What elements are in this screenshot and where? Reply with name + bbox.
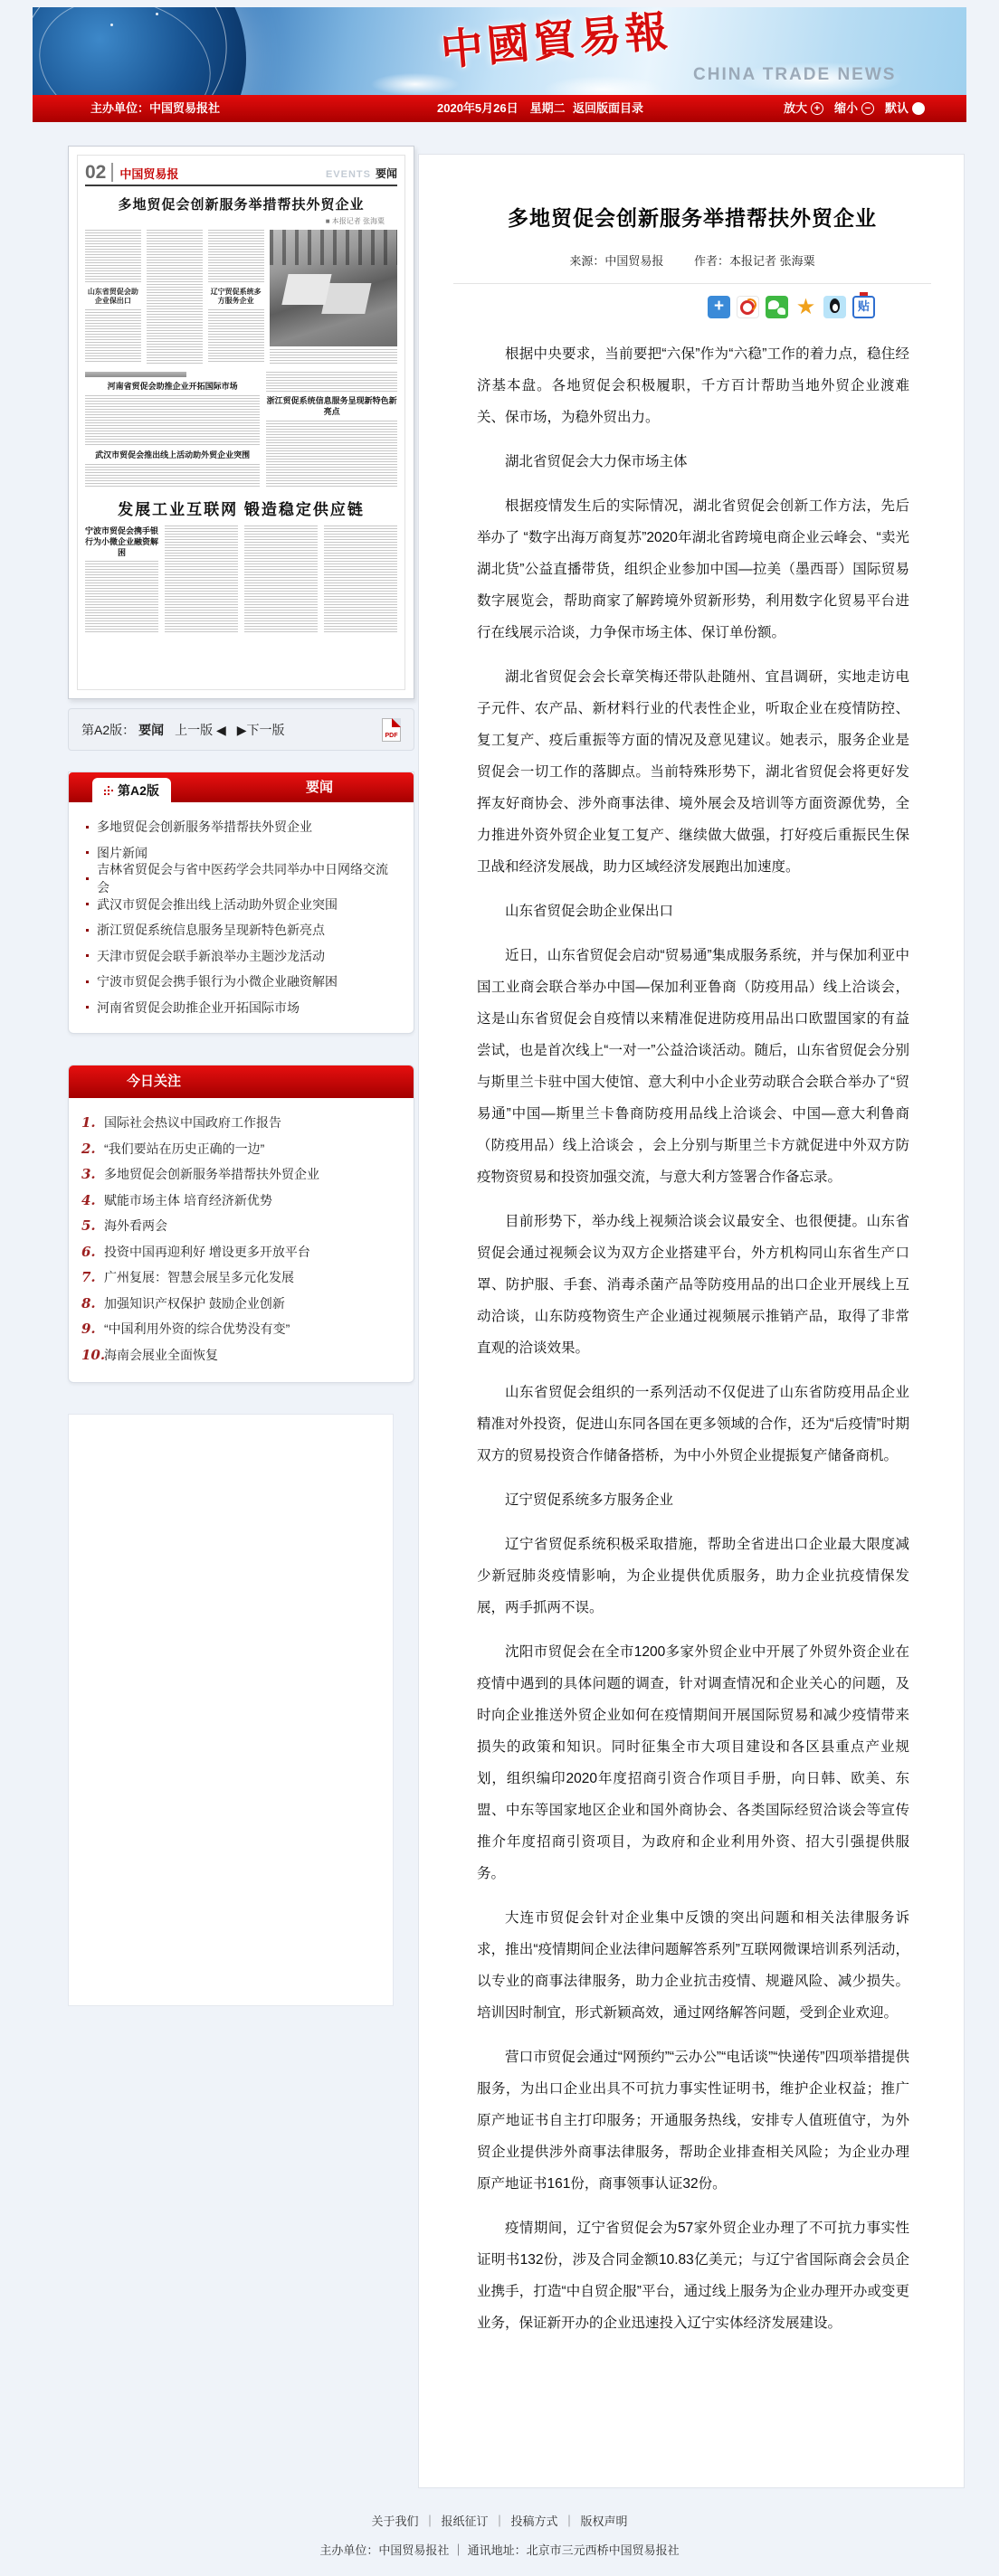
newspaper-page-preview: 02 中国贸易报 EVENTS要闻 多地贸促会创新服务举措帮扶外贸企业 ■ 本报… xyxy=(77,155,405,690)
organizer-label: 主办单位：中国贸易报社 xyxy=(90,95,220,122)
date-label: 2020年5月26日 星期二 xyxy=(437,95,566,122)
article-paragraph: 根据中央要求，当前要把“六保”作为“六稳”工作的着力点，稳住经济基本盘。各地贸促… xyxy=(477,338,909,433)
section-articles-box: 第A2版 要闻 多地贸促会创新服务举措帮扶外贸企业图片新闻吉林省贸促会与省中医药… xyxy=(68,772,414,1034)
focus-article-label: 赋能市场主体 培育经济新优势 xyxy=(104,1191,272,1209)
thumbnail-subhead-shandong: 山东省贸促会助企业保出口 xyxy=(85,288,141,307)
footer-link[interactable]: 报纸征订 xyxy=(441,2514,488,2528)
zoom-in-button[interactable]: 放大 xyxy=(784,95,823,122)
focus-article-link[interactable]: 1.国际社会热议中国政府工作报告 xyxy=(81,1110,401,1136)
bullet-icon xyxy=(86,826,89,829)
sidebar: 02 中国贸易报 EVENTS要闻 多地贸促会创新服务举措帮扶外贸企业 ■ 本报… xyxy=(68,122,414,2006)
section-article-link[interactable]: 宁波市贸促会携手银行为小微企业融资解困 xyxy=(83,969,399,995)
today-focus-title: 今日关注 xyxy=(69,1065,414,1098)
thumbnail-subhead-liaoning: 辽宁贸促系统多方服务企业 xyxy=(208,288,264,307)
section-article-label: 天津市贸促会联手新浪举办主题沙龙活动 xyxy=(97,947,325,965)
section-article-label: 武汉市贸促会推出线上活动助外贸企业突围 xyxy=(97,895,338,914)
tab-page-a2[interactable]: 第A2版 xyxy=(92,778,171,802)
article-subheading: 湖北省贸促会大力保市场主体 xyxy=(477,446,909,478)
text-zoom-controls: 放大 缩小 默认 xyxy=(784,95,925,122)
wechat-icon[interactable] xyxy=(766,296,788,318)
footer-link[interactable]: 投稿方式 xyxy=(511,2514,558,2528)
page: 中國貿易報 CHINA TRADE NEWS 主办单位：中国贸易报社 2020年… xyxy=(33,0,966,2576)
article-author: 作者：本报记者 张海粟 xyxy=(694,254,815,268)
separator: ｜ xyxy=(564,2514,576,2528)
today-focus-box: 今日关注 1.国际社会热议中国政府工作报告2.“我们要站在历史正确的一边”3.多… xyxy=(68,1065,414,1383)
section-article-label: 图片新闻 xyxy=(97,844,147,862)
focus-article-link[interactable]: 7.广州复展：智慧会展呈多元化发展 xyxy=(81,1264,401,1291)
back-to-layout-index-link[interactable]: 返回版面目录 xyxy=(573,95,643,122)
section-article-label: 浙江贸促系统信息服务呈现新特色新亮点 xyxy=(97,921,325,939)
section-box-title: 要闻 xyxy=(306,772,333,802)
section-article-link[interactable]: 河南省贸促会助推企业开拓国际市场 xyxy=(83,995,399,1021)
section-article-label: 河南省贸促会助推企业开拓国际市场 xyxy=(97,999,300,1017)
thumbnail-subhead-wuhan: 武汉市贸促会推出线上活动助外贸企业突围 xyxy=(85,450,260,460)
focus-article-link[interactable]: 3.多地贸促会创新服务举措帮扶外贸企业 xyxy=(81,1161,401,1188)
focus-article-link[interactable]: 8.加强知识产权保护 鼓励企业创新 xyxy=(81,1291,401,1317)
section-article-list: 多地贸促会创新服务举措帮扶外贸企业图片新闻吉林省贸促会与省中医药学会共同举办中日… xyxy=(69,802,414,1033)
site-logo-english: CHINA TRADE NEWS xyxy=(693,65,896,85)
article-paragraph: 辽宁省贸促系统积极采取措施，帮助全省进出口企业最大限度减少新冠肺炎疫情影响，为企… xyxy=(477,1529,909,1624)
minus-circle-icon xyxy=(861,102,874,115)
qq-penguin-icon[interactable] xyxy=(823,296,846,318)
article-paragraph: 沈阳市贸促会在全市1200多家外贸企业中开展了外贸外资企业在疫情中遇到的具体问题… xyxy=(477,1636,909,1889)
bullet-icon xyxy=(86,877,89,880)
focus-rank-number: 6. xyxy=(81,1244,104,1260)
article-subheading: 山东省贸促会助企业保出口 xyxy=(477,895,909,927)
focus-rank-number: 2. xyxy=(81,1141,104,1157)
plus-circle-icon xyxy=(811,102,823,115)
photo-caption-lines xyxy=(270,349,397,364)
focus-article-link[interactable]: 4.赋能市场主体 培育经济新优势 xyxy=(81,1188,401,1214)
qzone-star-icon[interactable] xyxy=(794,296,817,318)
article-title: 多地贸促会创新服务举措帮扶外贸企业 xyxy=(453,202,931,232)
footer: 关于我们｜报纸征订｜投稿方式｜版权声明 主办单位：中国贸易报社 ｜ 通讯地址：北… xyxy=(33,2512,966,2576)
section-article-link[interactable]: 天津市贸促会联手新浪举办主题沙龙活动 xyxy=(83,943,399,970)
article-paragraph: 疫情期间，辽宁省贸促会为57家外贸企业办理了不可抗力事实性证明书132份，涉及合… xyxy=(477,2212,909,2339)
footer-links: 关于我们｜报纸征订｜投稿方式｜版权声明 xyxy=(33,2512,966,2529)
focus-rank-number: 1. xyxy=(81,1114,104,1131)
section-label-en: EVENTS xyxy=(326,169,371,180)
focus-article-link[interactable]: 9.“中国利用外资的综合优势没有变” xyxy=(81,1316,401,1342)
factory-photo xyxy=(270,230,397,346)
newspaper-page-thumbnail[interactable]: 02 中国贸易报 EVENTS要闻 多地贸促会创新服务举措帮扶外贸企业 ■ 本报… xyxy=(68,146,414,699)
thumbnail-headline: 多地贸促会创新服务举措帮扶外贸企业 xyxy=(85,194,397,213)
focus-rank-number: 8. xyxy=(81,1295,104,1312)
focus-article-link[interactable]: 10.海南会展业全面恢复 xyxy=(81,1342,401,1368)
thumbnail-big-headline: 发展工业互联网 锻造稳定供应链 xyxy=(85,497,397,519)
focus-rank-number: 4. xyxy=(81,1192,104,1208)
tab-page-a2-label: 第A2版 xyxy=(118,781,159,800)
article-byline: 来源：中国贸易报 作者：本报记者 张海粟 xyxy=(453,251,931,284)
focus-article-link[interactable]: 2.“我们要站在历史正确的一边” xyxy=(81,1136,401,1162)
bullet-icon xyxy=(86,954,89,957)
focus-rank-number: 5. xyxy=(81,1217,104,1234)
focus-article-label: 广州复展：智慧会展呈多元化发展 xyxy=(104,1268,294,1286)
focus-rank-number: 3. xyxy=(81,1166,104,1182)
section-label-cn: 要闻 xyxy=(376,167,397,180)
zoom-reset-label: 默认 xyxy=(885,95,909,122)
thumbnail-middle-row: 河南省贸促会助推企业开拓国际市场 武汉市贸促会推出线上活动助外贸企业突围 浙江贸… xyxy=(85,372,397,488)
next-page-link[interactable]: ▶下一版 xyxy=(237,721,285,739)
article-subheading: 辽宁贸促系统多方服务企业 xyxy=(477,1484,909,1516)
section-article-link[interactable]: 吉林省贸促会与省中医药学会共同举办中日网络交流会 xyxy=(83,866,399,892)
article-body: 根据中央要求，当前要把“六保”作为“六稳”工作的着力点，稳住经济基本盘。各地贸促… xyxy=(453,320,931,2339)
focus-rank-number: 7. xyxy=(81,1269,104,1285)
newspaper-masthead-row: 02 中国贸易报 EVENTS要闻 xyxy=(85,163,397,186)
article-paragraph: 目前形势下，举办线上视频洽谈会议最安全、也很便捷。山东省贸促会通过视频会议为双方… xyxy=(477,1206,909,1364)
top-red-bar: 主办单位：中国贸易报社 2020年5月26日 星期二 返回版面目录 放大 缩小 … xyxy=(33,95,966,122)
baidu-tieba-icon[interactable] xyxy=(852,296,875,318)
focus-rank-number: 10. xyxy=(81,1347,104,1363)
masthead-banner: 中國貿易報 CHINA TRADE NEWS xyxy=(33,7,966,95)
focus-article-label: 投资中国再迎利好 增设更多开放平台 xyxy=(104,1243,310,1261)
bullet-icon xyxy=(86,1006,89,1009)
article-paragraph: 山东省贸促会组织的一系列活动不仅促进了山东省防疫用品企业精准对外投资，促进山东同… xyxy=(477,1377,909,1472)
article-paragraph: 营口市贸促会通过“网预约”“云办公”“电话谈”“快递传”四项举措提供服务，为出口… xyxy=(477,2041,909,2200)
section-article-label: 多地贸促会创新服务举措帮扶外贸企业 xyxy=(97,818,312,836)
sina-weibo-icon[interactable] xyxy=(737,296,759,318)
zoom-out-label: 缩小 xyxy=(834,95,858,122)
share-toolbar xyxy=(453,284,931,320)
thumbnail-subhead-henan: 河南省贸促会助推企业开拓国际市场 xyxy=(85,381,260,392)
article-source: 来源：中国贸易报 xyxy=(569,254,663,268)
focus-article-label: 海外看两会 xyxy=(104,1217,167,1235)
bullet-icon xyxy=(86,980,89,983)
footer-link[interactable]: 关于我们 xyxy=(371,2514,418,2528)
thumbnail-bottom-row: 宁波市贸促会携手银行为小微企业融资解困 xyxy=(85,526,397,632)
column-tag-graphic xyxy=(85,372,186,377)
zoom-in-label: 放大 xyxy=(784,95,807,122)
article-paragraph: 根据疫情发生后的实际情况，湖北省贸促会创新工作方法，先后举办了 “数字出海万商复… xyxy=(477,490,909,649)
bullet-icon xyxy=(86,929,89,932)
thumbnail-subhead-ningbo: 宁波市贸促会携手银行为小微企业融资解困 xyxy=(85,526,158,558)
thumbnail-text-columns: 山东省贸促会助企业保出口 辽宁贸促系统多方服务企业 xyxy=(85,230,397,364)
current-page-label: 第A2版： xyxy=(81,721,135,739)
globe-network-graphic xyxy=(33,7,246,95)
separator: ｜ xyxy=(423,2514,435,2528)
main-column: 多地贸促会创新服务举措帮扶外贸企业 来源：中国贸易报 作者：本报记者 张海粟 根… xyxy=(418,122,965,2488)
focus-article-label: 国际社会热议中国政府工作报告 xyxy=(104,1113,281,1132)
current-section-label: 要闻 xyxy=(138,721,164,739)
article-paragraph: 近日，山东省贸促会启动“贸易通”集成服务系统，并与保加利亚中国工业商会联合举办中… xyxy=(477,940,909,1193)
section-label: EVENTS要闻 xyxy=(326,166,397,182)
focus-article-link[interactable]: 6.投资中国再迎利好 增设更多开放平台 xyxy=(81,1239,401,1265)
article-panel: 多地贸促会创新服务举措帮扶外贸企业 来源：中国贸易报 作者：本报记者 张海粟 根… xyxy=(418,154,965,2488)
default-circle-icon xyxy=(912,102,925,115)
pdf-icon[interactable] xyxy=(382,718,401,742)
page-number: 02 xyxy=(85,163,113,182)
page-navigation-bar: 第A2版：要闻 上一版 ◀ ▶下一版 xyxy=(68,708,414,751)
footer-info: 主办单位：中国贸易报社 ｜ 通讯地址：北京市三元西桥中国贸易报社 xyxy=(33,2541,966,2558)
bullet-icon xyxy=(86,903,89,905)
section-article-label: 宁波市贸促会携手银行为小微企业融资解困 xyxy=(97,972,338,990)
focus-article-label: 多地贸促会创新服务举措帮扶外贸企业 xyxy=(104,1165,319,1183)
article-paragraph: 湖北省贸促会会长章笑梅还带队赴随州、宜昌调研，实地走访电子元件、农产品、新材料行… xyxy=(477,661,909,883)
left-panel-spacer xyxy=(68,1414,394,2006)
zoom-reset-button[interactable]: 默认 xyxy=(885,95,925,122)
share-plus-icon[interactable] xyxy=(708,296,730,318)
section-article-link[interactable]: 浙江贸促系统信息服务呈现新特色新亮点 xyxy=(83,917,399,943)
today-focus-list: 1.国际社会热议中国政府工作报告2.“我们要站在历史正确的一边”3.多地贸促会创… xyxy=(69,1098,414,1382)
focus-article-link[interactable]: 5.海外看两会 xyxy=(81,1213,401,1239)
bullet-icon xyxy=(86,851,89,854)
newspaper-logo: 中国贸易报 xyxy=(119,165,319,182)
prev-page-link[interactable]: 上一版 ◀ xyxy=(175,721,226,739)
thumbnail-byline: ■ 本报记者 张海粟 xyxy=(85,216,385,226)
focus-article-label: 加强知识产权保护 鼓励企业创新 xyxy=(104,1294,285,1312)
separator: ｜ xyxy=(493,2514,505,2528)
thumbnail-subhead-zhejiang: 浙江贸促系统信息服务呈现新特色新亮点 xyxy=(266,395,397,417)
dots-icon xyxy=(104,790,106,791)
focus-article-label: 海南会展业全面恢复 xyxy=(104,1346,218,1364)
section-article-label: 吉林省贸促会与省中医药学会共同举办中日网络交流会 xyxy=(97,860,399,896)
section-article-link[interactable]: 多地贸促会创新服务举措帮扶外贸企业 xyxy=(83,814,399,840)
section-box-header: 第A2版 要闻 xyxy=(69,772,414,802)
focus-rank-number: 9. xyxy=(81,1321,104,1337)
zoom-out-button[interactable]: 缩小 xyxy=(834,95,874,122)
article-paragraph: 大连市贸促会针对企业集中反馈的突出问题和相关法律服务诉求，推出“疫情期间企业法律… xyxy=(477,1902,909,2029)
focus-article-label: “中国利用外资的综合优势没有变” xyxy=(104,1320,290,1338)
footer-link[interactable]: 版权声明 xyxy=(581,2514,628,2528)
focus-article-label: “我们要站在历史正确的一边” xyxy=(104,1140,264,1158)
